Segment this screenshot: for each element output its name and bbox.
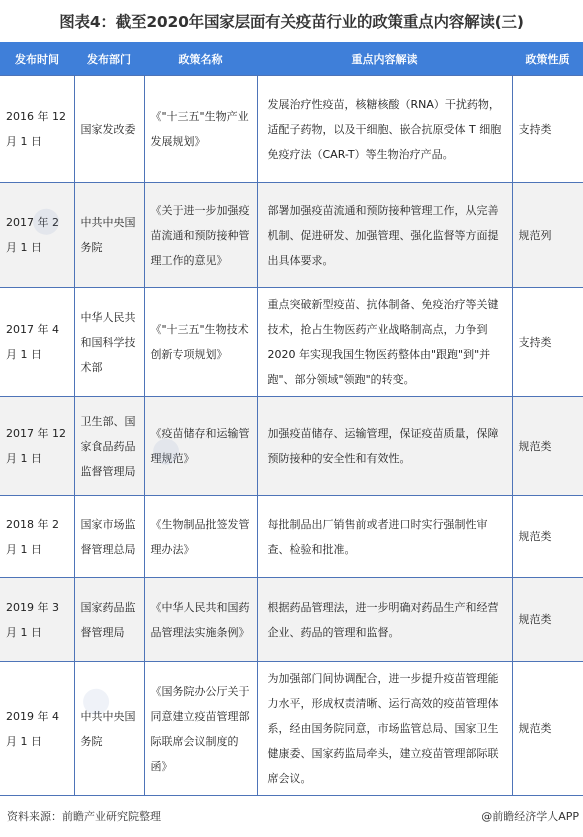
cell-policy: 《关于进一步加强疫苗流通和预防接种管理工作的意见》: [144, 183, 257, 288]
table-row: 2017 年 2 月 1 日 中共中央国务院 《关于进一步加强疫苗流通和预防接种…: [0, 183, 583, 288]
cell-content: 发展治疗性疫苗，核糖核酸（RNA）干扰药物，适配子药物，以及干细胞、嵌合抗原受体…: [257, 76, 512, 183]
cell-department: 中共中央国务院: [74, 662, 144, 796]
cell-content: 加强疫苗储存、运输管理，保证疫苗质量，保障预防接种的安全性和有效性。: [257, 397, 512, 496]
cell-date: 2019 年 4 月 1 日: [0, 662, 74, 796]
brand-credit: @前瞻经济学人APP: [481, 808, 579, 824]
cell-department: 国家市场监督管理总局: [74, 496, 144, 578]
cell-nature: 规范类: [512, 496, 583, 578]
cell-content: 重点突破新型疫苗、抗体制备、免疫治疗等关键技术，抢占生物医药产业战略制高点，力争…: [257, 288, 512, 397]
source-note: 资料来源：前瞻产业研究院整理: [7, 808, 161, 824]
cell-content: 为加强部门间协调配合，进一步提升疫苗管理能力水平，形成权责清晰、运行高效的疫苗管…: [257, 662, 512, 796]
cell-policy: 《中华人民共和国药品管理法实施条例》: [144, 578, 257, 662]
table-row: 2016 年 12 月 1 日 国家发改委 《"十三五"生物产业发展规划》 发展…: [0, 76, 583, 183]
cell-content: 根据药品管理法，进一步明确对药品生产和经营企业、药品的管理和监督。: [257, 578, 512, 662]
cell-policy: 《生物制品批签发管理办法》: [144, 496, 257, 578]
cell-nature: 规范列: [512, 183, 583, 288]
table-row: 2017 年 12 月 1 日 卫生部、国家食品药品监督管理局 《疫苗储存和运输…: [0, 397, 583, 496]
cell-nature: 支持类: [512, 76, 583, 183]
cell-nature: 规范类: [512, 578, 583, 662]
header-policy-nature: 政策性质: [512, 42, 583, 76]
cell-content: 每批制品出厂销售前或者进口时实行强制性审查、检验和批准。: [257, 496, 512, 578]
cell-policy: 《"十三五"生物产业发展规划》: [144, 76, 257, 183]
figure-title: 图表4：截至2020年国家层面有关疫苗行业的政策重点内容解读(三): [0, 10, 583, 32]
header-department: 发布部门: [74, 42, 144, 76]
cell-content: 部署加强疫苗流通和预防接种管理工作，从完善机制、促进研发、加强管理、强化监督等方…: [257, 183, 512, 288]
cell-department: 国家药品监督管理局: [74, 578, 144, 662]
cell-policy: 《疫苗储存和运输管理规范》: [144, 397, 257, 496]
header-date: 发布时间: [0, 42, 74, 76]
cell-department: 国家发改委: [74, 76, 144, 183]
table-header-row: 发布时间 发布部门 政策名称 重点内容解读 政策性质: [0, 42, 583, 76]
table-row: 2017 年 4 月 1 日 中华人民共和国科学技术部 《"十三五"生物技术创新…: [0, 288, 583, 397]
cell-department: 中华人民共和国科学技术部: [74, 288, 144, 397]
cell-date: 2019 年 3 月 1 日: [0, 578, 74, 662]
cell-date: 2016 年 12 月 1 日: [0, 76, 74, 183]
policy-table: 发布时间 发布部门 政策名称 重点内容解读 政策性质 2016 年 12 月 1…: [0, 42, 583, 796]
cell-date: 2018 年 2 月 1 日: [0, 496, 74, 578]
table-row: 2019 年 3 月 1 日 国家药品监督管理局 《中华人民共和国药品管理法实施…: [0, 578, 583, 662]
cell-nature: 规范类: [512, 397, 583, 496]
cell-date: 2017 年 2 月 1 日: [0, 183, 74, 288]
table-row: 2019 年 4 月 1 日 中共中央国务院 《国务院办公厅关于同意建立疫苗管理…: [0, 662, 583, 796]
table-row: 2018 年 2 月 1 日 国家市场监督管理总局 《生物制品批签发管理办法》 …: [0, 496, 583, 578]
cell-policy: 《国务院办公厅关于同意建立疫苗管理部际联席会议制度的函》: [144, 662, 257, 796]
cell-date: 2017 年 4 月 1 日: [0, 288, 74, 397]
header-policy-name: 政策名称: [144, 42, 257, 76]
cell-policy: 《"十三五"生物技术创新专项规划》: [144, 288, 257, 397]
header-key-content: 重点内容解读: [257, 42, 512, 76]
cell-department: 卫生部、国家食品药品监督管理局: [74, 397, 144, 496]
cell-nature: 规范类: [512, 662, 583, 796]
cell-nature: 支持类: [512, 288, 583, 397]
cell-department: 中共中央国务院: [74, 183, 144, 288]
cell-date: 2017 年 12 月 1 日: [0, 397, 74, 496]
